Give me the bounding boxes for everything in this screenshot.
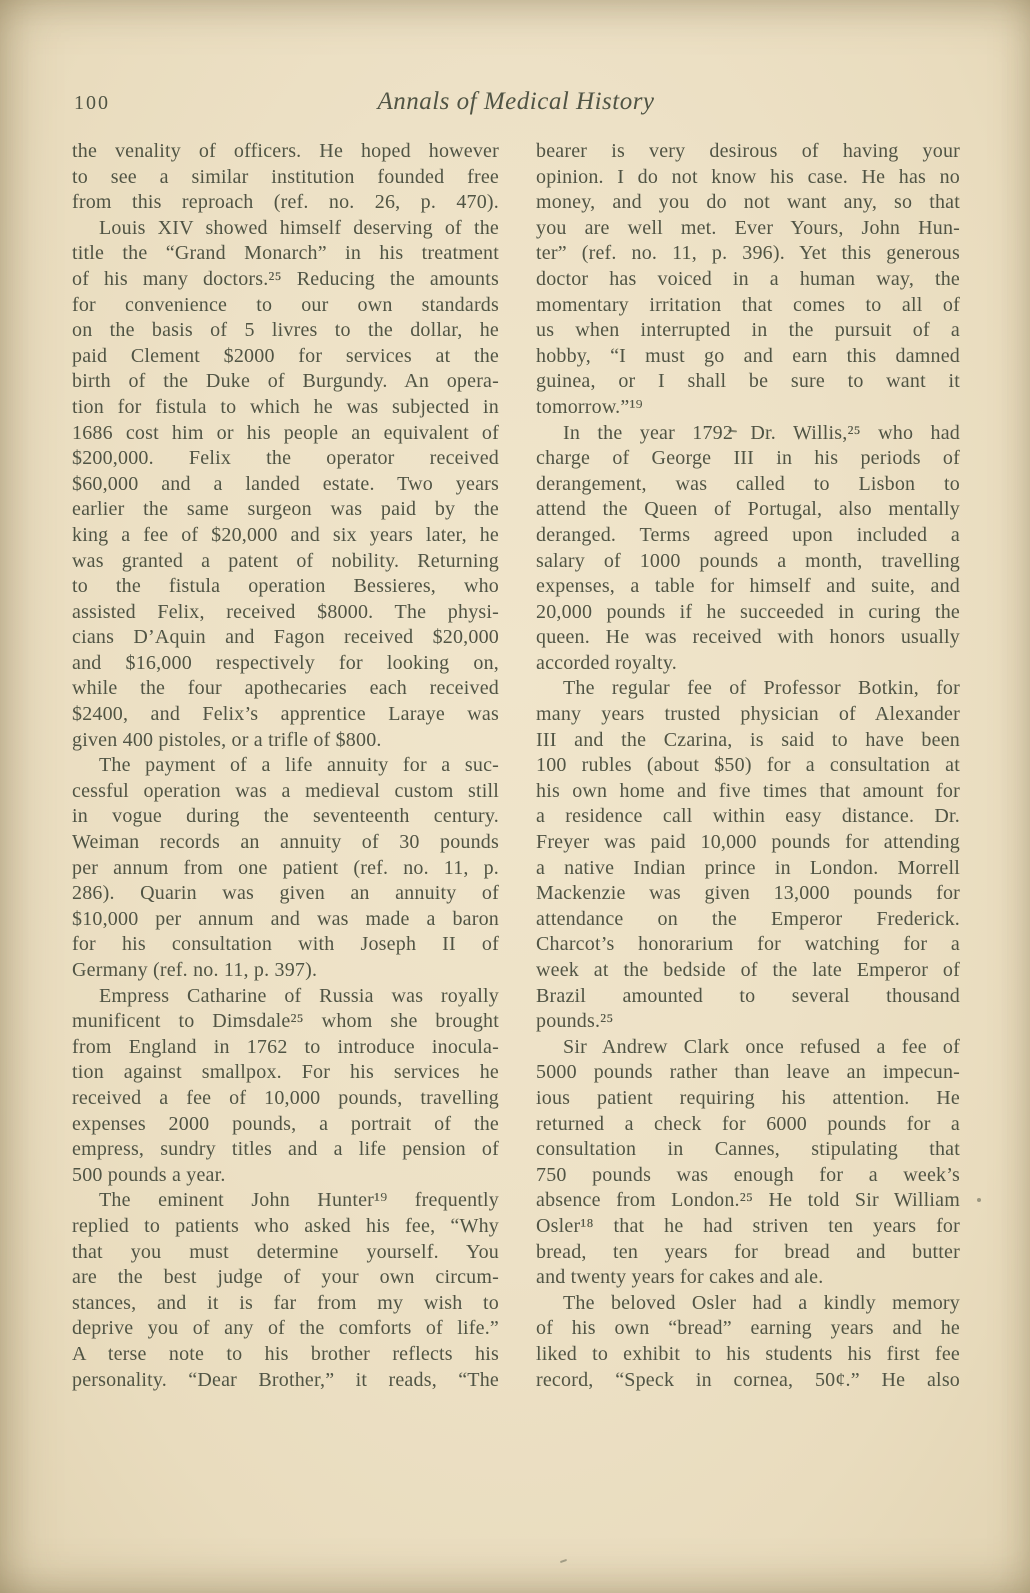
paragraph: bearer is very desirous of having yourop… (536, 139, 960, 421)
text-line: A terse note to his brother reflects his (72, 1342, 499, 1368)
text-line: week at the bedside of the late Emperor … (536, 958, 960, 984)
text-line: cessful operation was a medieval custom … (72, 779, 499, 805)
text-line: and twenty years for cakes and ale. (536, 1265, 960, 1291)
text-line: III and the Czarina, is said to have bee… (536, 728, 960, 754)
text-line: cians D’Aquin and Fagon received $20,000 (72, 625, 499, 651)
text-column-right: bearer is very desirous of having yourop… (536, 139, 960, 1393)
scan-speck-icon (977, 1198, 981, 1202)
text-line: bearer is very desirous of having your (536, 139, 960, 165)
text-line: a residence call within easy distance. D… (536, 804, 960, 830)
text-line: stances, and it is far from my wish to (72, 1291, 499, 1317)
text-line: expenses 2000 pounds, a portrait of the (72, 1112, 499, 1138)
text-line: personality. “Dear Brother,” it reads, “… (72, 1368, 499, 1394)
text-line: 500 pounds a year. (72, 1163, 499, 1189)
text-line: munificent to Dimsdale²⁵ whom she brough… (72, 1009, 499, 1035)
text-line: was granted a patent of nobility. Return… (72, 549, 499, 575)
paragraph: Louis XIV showed himself deserving of th… (72, 216, 499, 753)
text-line: title the “Grand Monarch” in his treatme… (72, 241, 499, 267)
text-line: from this reproach (ref. no. 26, p. 470)… (72, 190, 499, 216)
text-line: accorded royalty. (536, 651, 960, 677)
paragraph: The beloved Osler had a kindly memoryof … (536, 1291, 960, 1393)
text-line: you are well met. Ever Yours, John Hun- (536, 216, 960, 242)
text-line: guinea, or I shall be sure to want it (536, 369, 960, 395)
text-line: ious patient requiring his attention. He (536, 1086, 960, 1112)
text-line: record, “Speck in cornea, 50¢.” He also (536, 1368, 960, 1394)
text-line: Mackenzie was given 13,000 pounds for (536, 881, 960, 907)
text-line: $60,000 and a landed estate. Two years (72, 472, 499, 498)
text-line: tion against smallpox. For his services … (72, 1060, 499, 1086)
text-line: us when interrupted in the pursuit of a (536, 318, 960, 344)
text-line: The payment of a life annuity for a suc- (72, 753, 499, 779)
text-line: $200,000. Felix the operator received (72, 446, 499, 472)
text-line: 750 pounds was enough for a week’s (536, 1163, 960, 1189)
text-line: while the four apothecaries each receive… (72, 676, 499, 702)
text-line: consultation in Cannes, stipulating that (536, 1137, 960, 1163)
text-line: per annum from one patient (ref. no. 11,… (72, 856, 499, 882)
text-line: hobby, “I must go and earn this damned (536, 344, 960, 370)
text-line: for his consultation with Joseph II of (72, 932, 499, 958)
text-line: Germany (ref. no. 11, p. 397). (72, 958, 499, 984)
text-line: bread, ten years for bread and butter (536, 1240, 960, 1266)
text-line: and $16,000 respectively for looking on, (72, 651, 499, 677)
text-column-left: the venality of officers. He hoped howev… (72, 139, 499, 1393)
paragraph: the venality of officers. He hoped howev… (72, 139, 499, 216)
text-line: Freyer was paid 10,000 pounds for attend… (536, 830, 960, 856)
text-line: of his many doctors.²⁵ Reducing the amou… (72, 267, 499, 293)
text-line: In the year 1792 Dr. Willis,²⁵ who had (536, 421, 960, 447)
running-header-title: Annals of Medical History (377, 88, 654, 115)
text-line: the venality of officers. He hoped howev… (72, 139, 499, 165)
text-line: money, and you do not want any, so that (536, 190, 960, 216)
text-line: birth of the Duke of Burgundy. An opera- (72, 369, 499, 395)
text-line: a native Indian prince in London. Morrel… (536, 856, 960, 882)
paragraph: Empress Catharine of Russia was royallym… (72, 984, 499, 1189)
text-line: earlier the same surgeon was paid by the (72, 497, 499, 523)
text-line: Osler¹⁸ that he had striven ten years fo… (536, 1214, 960, 1240)
text-line: 20,000 pounds if he succeeded in curing … (536, 600, 960, 626)
text-line: given 400 pistoles, or a trifle of $800. (72, 728, 499, 754)
text-line: $2400, and Felix’s apprentice Laraye was (72, 702, 499, 728)
text-line: in vogue during the seventeenth century. (72, 804, 499, 830)
text-line: attend the Queen of Portugal, also menta… (536, 497, 960, 523)
text-line: are the best judge of your own circum- (72, 1265, 499, 1291)
text-line: of his own “bread” earning years and he (536, 1316, 960, 1342)
text-line: to the fistula operation Bessieres, who (72, 574, 499, 600)
text-line: salary of 1000 pounds a month, travellin… (536, 549, 960, 575)
text-line: charge of George III in his periods of (536, 446, 960, 472)
text-line: many years trusted physician of Alexande… (536, 702, 960, 728)
text-line: doctor has voiced in a human way, the (536, 267, 960, 293)
text-line: received a fee of 10,000 pounds, travell… (72, 1086, 499, 1112)
paragraph: Sir Andrew Clark once refused a fee of50… (536, 1035, 960, 1291)
text-line: liked to exhibit to his students his fir… (536, 1342, 960, 1368)
text-line: returned a check for 6000 pounds for a (536, 1112, 960, 1138)
text-line: to see a similar institution founded fre… (72, 165, 499, 191)
text-line: 1686 cost him or his people an equivalen… (72, 421, 499, 447)
text-line: Sir Andrew Clark once refused a fee of (536, 1035, 960, 1061)
text-line: tion for fistula to which he was subject… (72, 395, 499, 421)
text-line: pounds.²⁵ (536, 1009, 960, 1035)
text-line: Louis XIV showed himself deserving of th… (72, 216, 499, 242)
text-line: 286). Quarin was given an annuity of (72, 881, 499, 907)
book-page: 100 Annals of Medical History the venali… (0, 0, 1030, 1593)
text-line: attendance on the Emperor Frederick. (536, 907, 960, 933)
text-line: derangement, was called to Lisbon to (536, 472, 960, 498)
page-number: 100 (74, 92, 110, 115)
text-line: queen. He was received with honors usual… (536, 625, 960, 651)
text-line: from England in 1762 to introduce inocul… (72, 1035, 499, 1061)
text-line: empress, sundry titles and a life pensio… (72, 1137, 499, 1163)
text-line: his own home and five times that amount … (536, 779, 960, 805)
text-line: on the basis of 5 livres to the dollar, … (72, 318, 499, 344)
paragraph: In the year 1792 Dr. Willis,²⁵ who hadch… (536, 421, 960, 677)
text-line: momentary irritation that comes to all o… (536, 293, 960, 319)
text-line: 5000 pounds rather than leave an impecun… (536, 1060, 960, 1086)
text-line: deranged. Terms agreed upon included a (536, 523, 960, 549)
paragraph: The eminent John Hunter¹⁹ frequentlyrepl… (72, 1188, 499, 1393)
text-line: assisted Felix, received $8000. The phys… (72, 600, 499, 626)
text-line: replied to patients who asked his fee, “… (72, 1214, 499, 1240)
text-line: Empress Catharine of Russia was royally (72, 984, 499, 1010)
scan-speck-icon (560, 1559, 567, 1563)
text-line: The beloved Osler had a kindly memory (536, 1291, 960, 1317)
paragraph: The payment of a life annuity for a suc-… (72, 753, 499, 983)
text-line: deprive you of any of the comforts of li… (72, 1316, 499, 1342)
text-line: tomorrow.”¹⁹ (536, 395, 960, 421)
text-line: Weiman records an annuity of 30 pounds (72, 830, 499, 856)
text-line: 100 rubles (about $50) for a consultatio… (536, 753, 960, 779)
text-line: The eminent John Hunter¹⁹ frequently (72, 1188, 499, 1214)
text-line: ter” (ref. no. 11, p. 396). Yet this gen… (536, 241, 960, 267)
text-line: that you must determine yourself. You (72, 1240, 499, 1266)
text-line: for convenience to our own standards (72, 293, 499, 319)
text-line: king a fee of $20,000 and six years late… (72, 523, 499, 549)
text-line: absence from London.²⁵ He told Sir Willi… (536, 1188, 960, 1214)
text-line: paid Clement $2000 for services at the (72, 344, 499, 370)
running-header: 100 Annals of Medical History (72, 88, 960, 120)
text-line: opinion. I do not know his case. He has … (536, 165, 960, 191)
text-line: $10,000 per annum and was made a baron (72, 907, 499, 933)
text-line: expenses, a table for himself and suite,… (536, 574, 960, 600)
paragraph: The regular fee of Professor Botkin, for… (536, 676, 960, 1034)
text-line: Brazil amounted to several thousand (536, 984, 960, 1010)
text-line: Charcot’s honorarium for watching for a (536, 932, 960, 958)
text-line: The regular fee of Professor Botkin, for (536, 676, 960, 702)
